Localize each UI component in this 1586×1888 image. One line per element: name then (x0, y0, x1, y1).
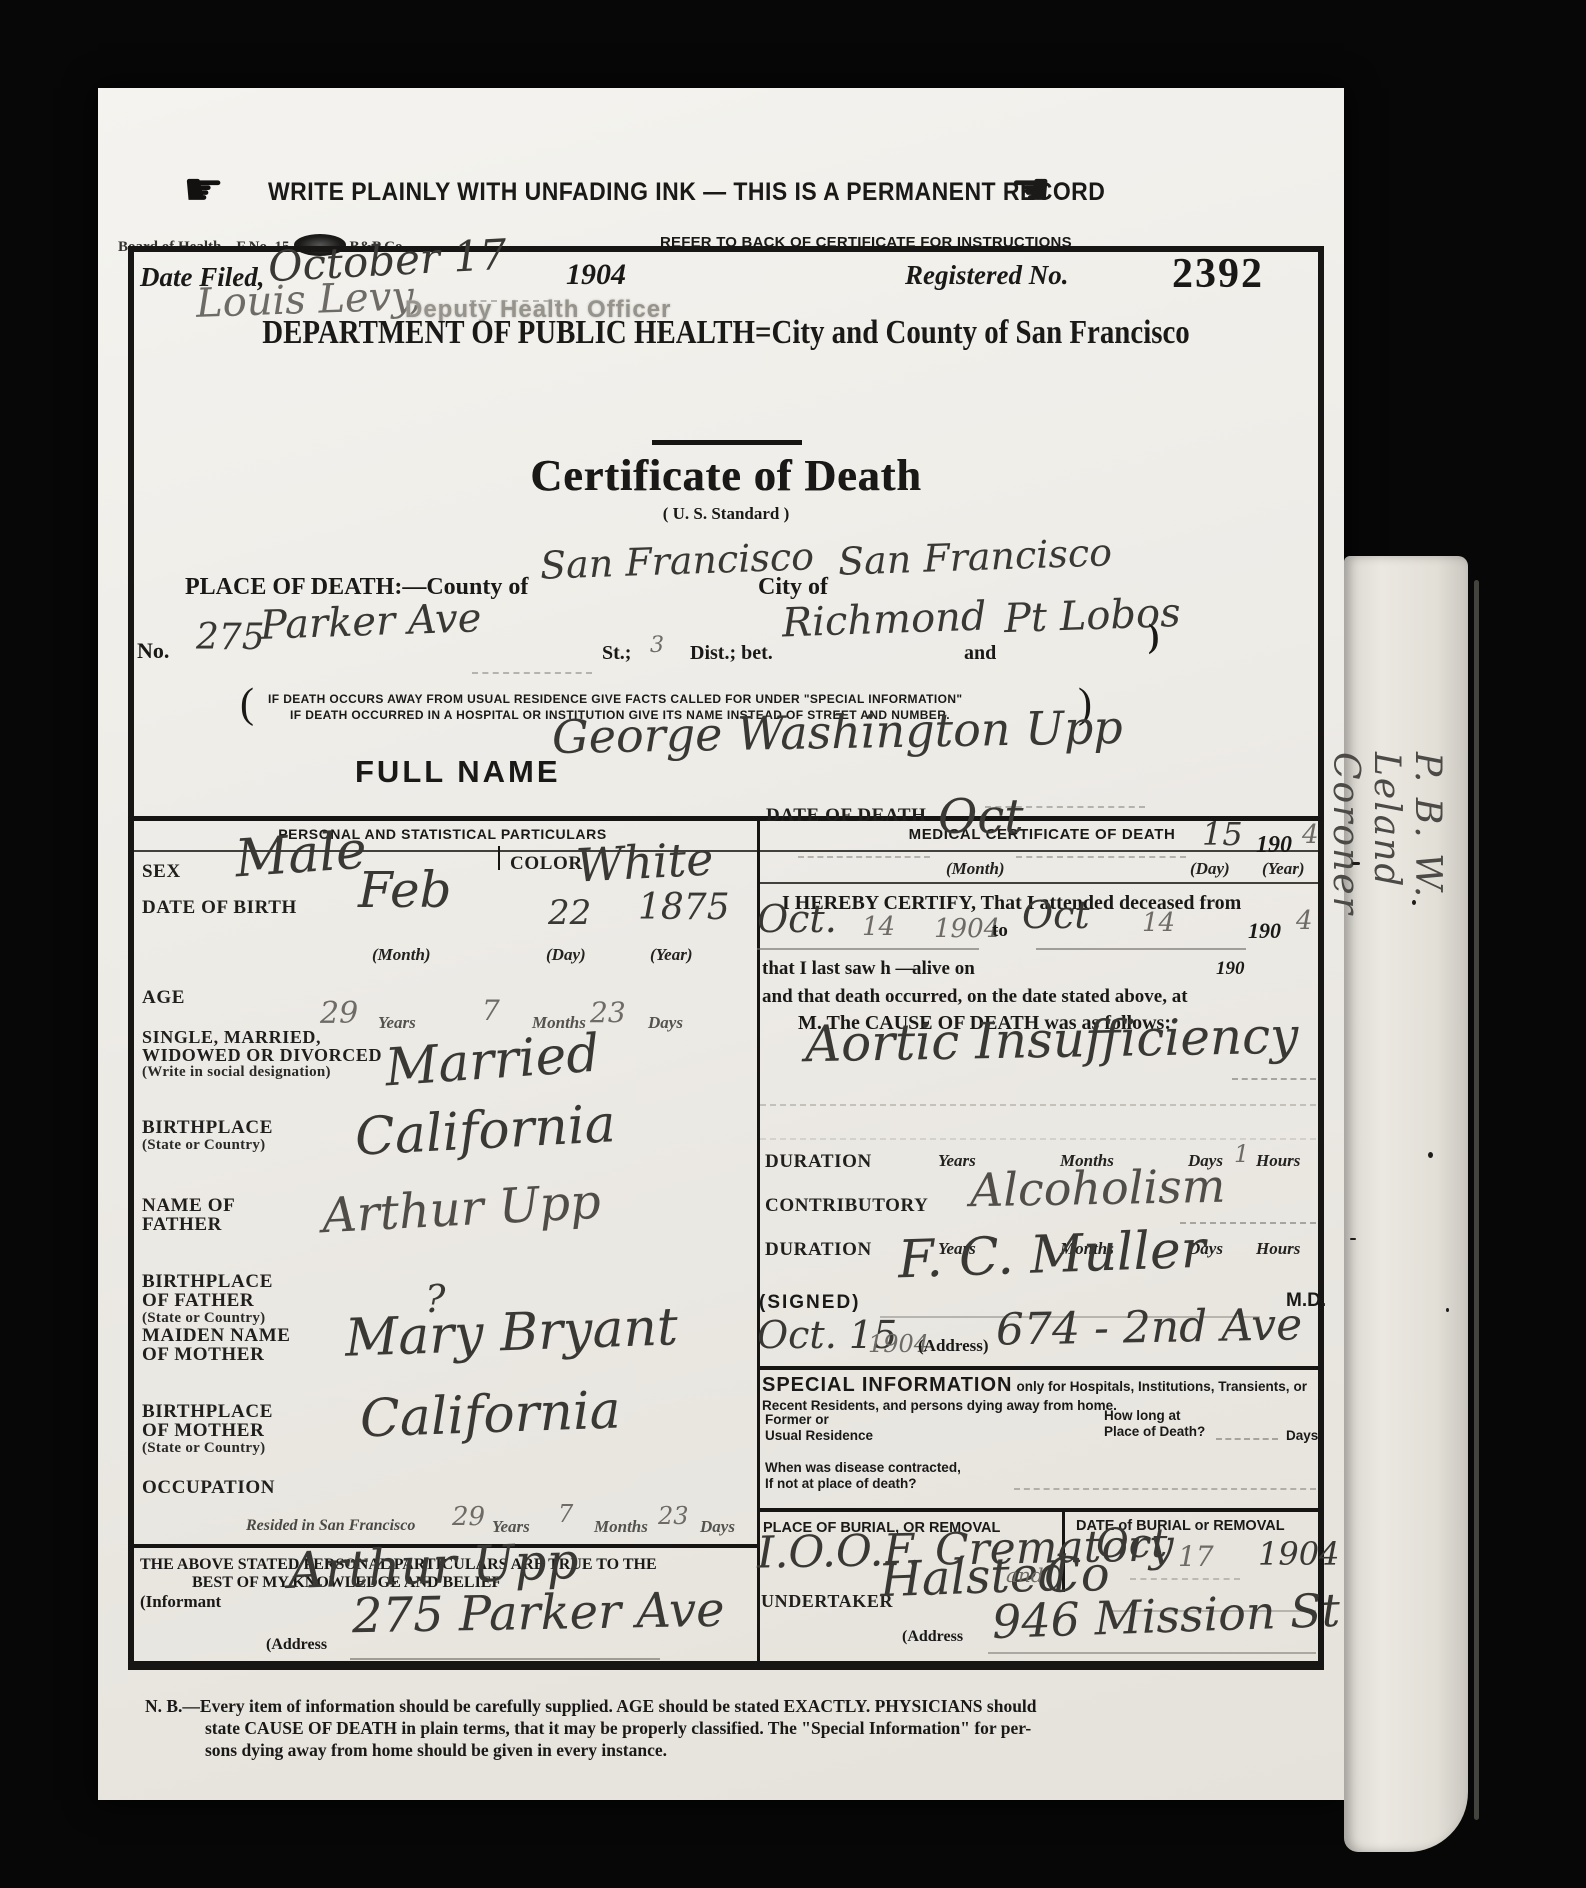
age-days-caption: Days (648, 1014, 683, 1031)
contributory-label: CONTRIBUTORY (765, 1196, 929, 1217)
ink-speck (1352, 862, 1360, 865)
mother-name-value: Mary Bryant (344, 1304, 678, 1362)
contributory-value: Alcoholism (970, 1166, 1226, 1212)
form-line (988, 1652, 1316, 1654)
dod-rule (760, 882, 1318, 884)
marital-value: Married (384, 1031, 601, 1093)
dob-month-value: Feb (358, 868, 452, 913)
death-occurred-statement: and that death occurred, on the date sta… (762, 986, 1188, 1008)
dob-day-value: 22 (548, 898, 591, 929)
birthplace-label: BIRTHPLACE (142, 1118, 273, 1139)
special-info-title: SPECIAL INFORMATION (762, 1374, 1012, 1396)
attended-to-year-printed: 190 (1248, 918, 1281, 944)
special-info-heading: SPECIAL INFORMATION only for Hospitals, … (762, 1376, 1318, 1415)
dob-month-caption: (Month) (372, 946, 431, 963)
resided-months-caption: Months (594, 1518, 648, 1535)
city-of-label: City of (758, 574, 828, 601)
no-label: No. (137, 638, 169, 664)
department-title: DEPARTMENT OF PUBLIC HEALTH=City and Cou… (218, 314, 1235, 352)
former-residence-label-line2: Usual Residence (765, 1428, 873, 1443)
age-days-value: 23 (590, 1000, 626, 1025)
ink-speck (1350, 1238, 1356, 1240)
dod-day-value: 15 (1202, 820, 1243, 849)
informant-label: (Informant (140, 1592, 221, 1612)
form-line (350, 1658, 660, 1660)
special-info-rule (760, 1366, 1318, 1370)
informant-address-value: 275 Parker Ave (352, 1589, 725, 1639)
pointing-hand-right-icon: ☛ (183, 162, 224, 216)
form-line (798, 856, 930, 858)
dod-year-caption: (Year) (1262, 860, 1304, 877)
ink-speck (1446, 1308, 1449, 1312)
physician-address-label: (Address) (918, 1336, 989, 1356)
sex-label: SEX (142, 862, 181, 883)
age-label: AGE (142, 988, 185, 1009)
us-standard-note: ( U. S. Standard ) (128, 504, 1324, 524)
and-label: and (964, 642, 996, 665)
dod-day-caption: (Day) (1190, 860, 1230, 877)
how-long-label-line2: Place of Death? (1104, 1424, 1205, 1439)
attended-from-year: 1904 (934, 918, 1000, 941)
attended-to-day: 14 (1142, 912, 1175, 935)
form-line (1232, 1078, 1316, 1080)
dod-month-caption: (Month) (946, 860, 1005, 877)
special-info-note1: only for Hospitals, Institutions, Transi… (1016, 1379, 1289, 1394)
dob-day-caption: (Day) (546, 946, 586, 963)
close-paren: ) (1148, 618, 1159, 656)
coroner-margin-note: P. B. W. Leland Coroner (1325, 752, 1448, 916)
banner-text: WRITE PLAINLY WITH UNFADING INK — THIS I… (268, 178, 1105, 207)
section-divider-rule (128, 816, 1324, 821)
form-line (1016, 856, 1186, 858)
signed-label: (SIGNED) (759, 1292, 861, 1314)
how-long-label-line1: How long at (1104, 1408, 1181, 1423)
burial-section-rule (760, 1508, 1318, 1512)
former-residence-label-line1: Former or (765, 1412, 829, 1427)
form-line (1130, 1578, 1240, 1580)
attended-from-day: 14 (862, 916, 895, 939)
note-open-paren: ( (240, 680, 254, 728)
resided-months-value: 7 (558, 1504, 573, 1526)
marital-label-line3: (Write in social designation) (142, 1064, 331, 1081)
birthplace-value: California (354, 1101, 617, 1161)
between-1-value: Richmond (781, 598, 987, 641)
duration2-label: DURATION (765, 1240, 872, 1261)
disease-contracted-label-line2: If not at place of death? (765, 1476, 917, 1491)
pointing-hand-left-icon: ☚ (1010, 162, 1051, 216)
burial-date-day: 17 (1178, 1544, 1214, 1569)
disease-contracted-label-line1: When was disease contracted, (765, 1460, 961, 1475)
attended-from-month: Oct. (757, 902, 837, 936)
undertaker-address-label: (Address (902, 1628, 963, 1646)
form-line (760, 1104, 1316, 1106)
attended-to-month: Oct (1022, 898, 1090, 932)
age-years-caption: Years (378, 1014, 416, 1031)
date-of-death-label: DATE OF DEATH (766, 806, 927, 827)
duration-label: DURATION (765, 1152, 872, 1173)
nb-note-line3: sons dying away from home should be give… (205, 1740, 667, 1761)
date-filed-year: 1904 (566, 258, 626, 292)
physician-signature: F. C. Muller (897, 1227, 1206, 1285)
street-value: Parker Ave (259, 600, 481, 644)
ink-speck (1428, 1152, 1433, 1158)
certificate-title: Certificate of Death (128, 450, 1324, 501)
duration-days-value: 1 (1234, 1144, 1249, 1166)
attended-to-year-digit: 4 (1296, 910, 1313, 933)
form-line (1014, 1488, 1316, 1490)
how-long-days-label: Days (1286, 1428, 1318, 1443)
birthplace-caption: (State or Country) (142, 1137, 265, 1154)
resided-label: Resided in San Francisco (246, 1518, 415, 1534)
physician-address-value: 674 - 2nd Ave (996, 1305, 1303, 1350)
father-name-value: Arthur Upp (321, 1181, 602, 1239)
form-line (472, 672, 592, 674)
form-line (757, 948, 979, 950)
dist-label: Dist.; bet. (690, 642, 773, 665)
to-label: to (992, 920, 1008, 942)
color-label: COLOR (510, 854, 583, 875)
resided-years-caption: Years (492, 1518, 530, 1535)
undertaker-label: UNDERTAKER (761, 1592, 893, 1612)
resided-days-caption: Days (700, 1518, 735, 1535)
date-of-birth-label: DATE OF BIRTH (142, 898, 297, 919)
resided-days-value: 23 (658, 1506, 689, 1528)
last-saw-alive-on: alive on (912, 958, 975, 980)
marital-label-line2: WIDOWED OR DIVORCED (142, 1046, 382, 1066)
book-page-edge (1344, 556, 1468, 1852)
last-saw-statement: that I last saw h — (762, 958, 915, 980)
informant-address-label: (Address (266, 1636, 327, 1654)
form-line (1216, 1438, 1278, 1440)
mother-name-label-line2: OF MOTHER (142, 1345, 264, 1366)
next-page-edge (1474, 580, 1479, 1820)
dob-year-caption: (Year) (650, 946, 692, 963)
dod-year-digit: 4 (1302, 824, 1319, 847)
undertaker-and: and (1006, 1566, 1044, 1584)
city-value: San Francisco (837, 535, 1112, 579)
burial-date-year: 1904 (1258, 1540, 1339, 1569)
full-name-label: FULL NAME (355, 754, 561, 790)
cause-of-death-value: Aortic Insufficiency (805, 1014, 1299, 1068)
mother-birthplace-caption: (State or Country) (142, 1440, 265, 1457)
dod-year-printed: 190 (1256, 832, 1292, 859)
resided-years-value: 29 (452, 1506, 485, 1529)
registered-no-value: 2392 (1172, 250, 1264, 298)
form-line (1036, 948, 1246, 950)
father-name-label-line2: FATHER (142, 1215, 222, 1236)
sex-value: Male (234, 827, 369, 883)
mother-birthplace-label-line2: OF MOTHER (142, 1421, 264, 1442)
st-label: St.; (602, 642, 631, 665)
color-value: White (575, 838, 714, 887)
father-birthplace-label-line2: OF FATHER (142, 1291, 254, 1312)
ink-speck (1412, 900, 1416, 905)
house-no-value: 275 (196, 622, 265, 654)
nb-note-line1: N. B.—Every item of information should b… (145, 1696, 1037, 1717)
form-line (760, 1138, 1316, 1140)
nb-note-line2: state CAUSE OF DEATH in plain terms, tha… (205, 1718, 1031, 1739)
color-tick (498, 846, 500, 870)
age-years-value: 29 (320, 1000, 358, 1027)
full-name-value: George Washington Upp (552, 707, 1123, 758)
occupation-label: OCCUPATION (142, 1478, 275, 1499)
last-saw-year: 190 (1216, 958, 1245, 980)
undertaker-address-value: 946 Mission St (991, 1590, 1340, 1644)
dod-month-value: Oct (938, 796, 1024, 839)
title-rule (652, 440, 802, 445)
scanned-death-certificate: ☛ WRITE PLAINLY WITH UNFADING INK — THIS… (0, 0, 1586, 1888)
mother-birthplace-value: California (359, 1387, 621, 1443)
registered-no-label: Registered No. (905, 260, 1068, 291)
st-mark: 3 (650, 636, 664, 656)
duration-hours-caption: Hours (1256, 1152, 1300, 1169)
duration2-hours-caption: Hours (1256, 1240, 1300, 1257)
age-months-value: 7 (482, 998, 500, 1023)
dob-year-value: 1875 (638, 892, 730, 924)
